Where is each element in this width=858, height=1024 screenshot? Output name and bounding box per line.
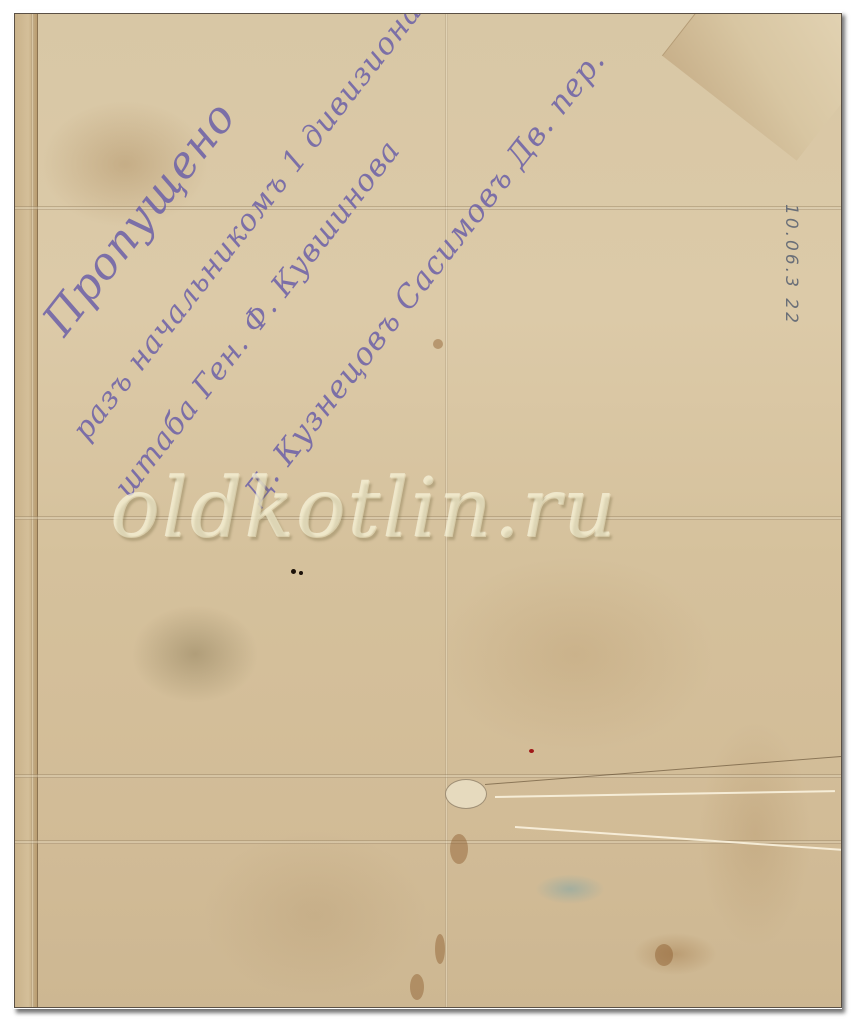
- paper-crease: [485, 756, 842, 785]
- brown-stain: [433, 339, 443, 349]
- brown-stain: [410, 974, 424, 1000]
- watermark: oldkotlin.ru: [111, 462, 618, 557]
- paper-crease: [495, 790, 835, 798]
- brown-stain: [435, 934, 445, 964]
- handwriting-line-1: Пропущено: [33, 92, 246, 345]
- red-spot: [529, 749, 534, 753]
- fold-line-vertical-left: [31, 14, 34, 1007]
- document-paper: Пропущено разъ начальникомъ 1 дивизиона …: [14, 13, 842, 1008]
- ink-dot: [299, 571, 303, 575]
- folded-corner: [662, 13, 842, 161]
- pencil-note: 10.06.3 22: [781, 204, 801, 326]
- brown-stain: [655, 944, 673, 966]
- folded-left-edge: [15, 14, 38, 1007]
- paper-tear: [445, 779, 487, 809]
- ink-dot: [291, 569, 296, 574]
- blue-smudge: [535, 874, 605, 904]
- fold-line-horizontal-lower: [15, 774, 841, 778]
- paper-crease: [515, 826, 842, 851]
- brown-stain: [450, 834, 468, 864]
